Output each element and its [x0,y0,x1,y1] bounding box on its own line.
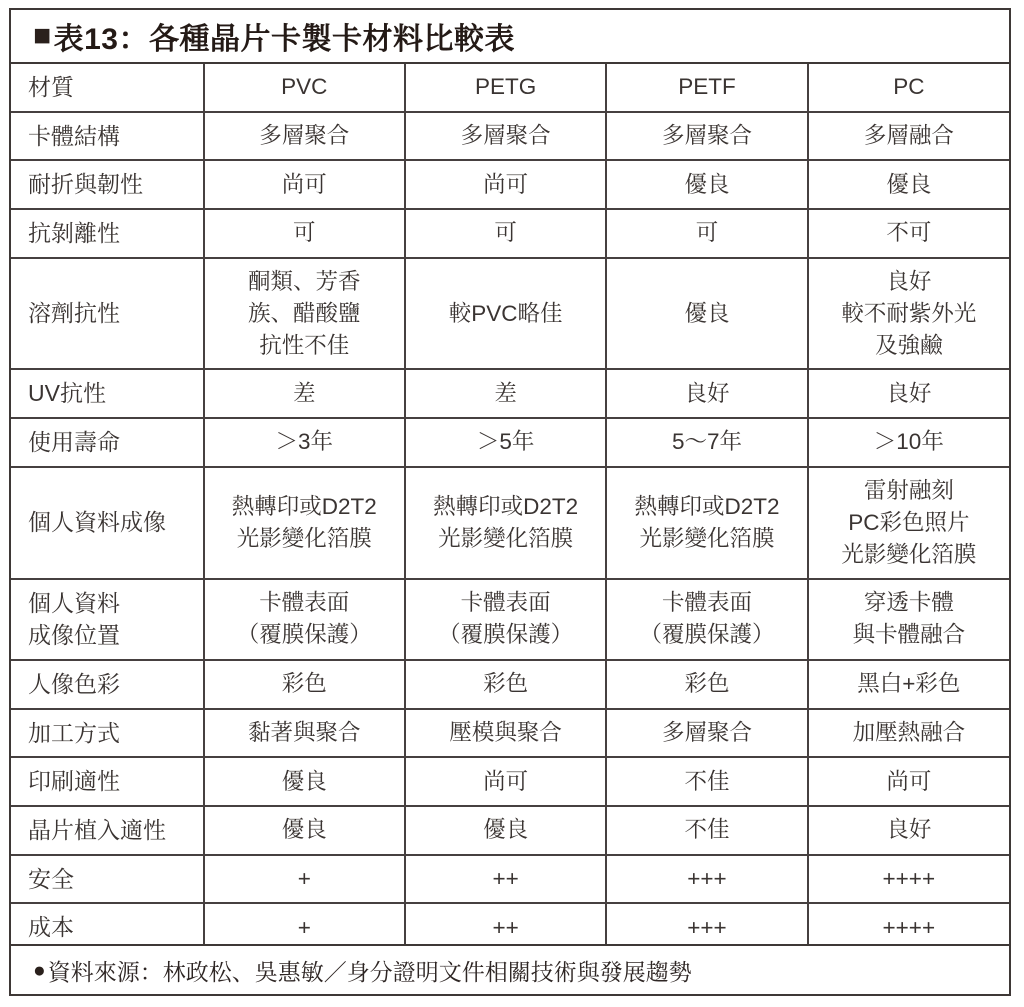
table-cell: 尚可 [204,160,405,209]
source-note: ● 資料來源：林政松、吳惠敏／身分證明文件相關技術與發展趨勢 [11,944,1009,994]
table-cell: 可 [204,209,405,258]
table-row: 溶劑抗性酮類、芳香 族、醋酸鹽 抗性不佳較PVC略佳優良良好 較不耐紫外光 及強… [11,258,1009,370]
row-header-cell: 使用壽命 [11,418,204,467]
table-cell: 卡體表面 （覆膜保護） [204,579,405,660]
table-row: 個人資料成像熱轉印或D2T2 光影變化箔膜熱轉印或D2T2 光影變化箔膜熱轉印或… [11,467,1009,579]
table-row: 加工方式黏著與聚合壓模與聚合多層聚合加壓熱融合 [11,709,1009,758]
table-cell: 差 [204,369,405,418]
table-cell: 彩色 [405,660,606,709]
header-row: 材質 PVC PETG PETF PC [11,64,1009,112]
table-cell: 5～7年 [606,418,807,467]
source-note-text: 資料來源：林政松、吳惠敏／身分證明文件相關技術與發展趨勢 [48,954,692,987]
table-cell: 彩色 [204,660,405,709]
table-title: ■ 表13：各種晶片卡製卡材料比較表 [11,10,1009,64]
row-header-cell: 個人資料 成像位置 [11,579,204,660]
table-body: 材質 PVC PETG PETF PC 卡體結構多層聚合多層聚合多層聚合多層融合… [11,64,1009,944]
table-cell: 不佳 [606,757,807,806]
table-cell: 多層聚合 [606,112,807,161]
table-cell: ++++ [808,855,1009,904]
table-cell: 熱轉印或D2T2 光影變化箔膜 [606,467,807,579]
table-title-text: 表13：各種晶片卡製卡材料比較表 [54,14,515,58]
table-cell: 良好 [808,369,1009,418]
table-cell: + [204,903,405,944]
table-cell: 可 [405,209,606,258]
table-cell: 不佳 [606,806,807,855]
table-cell: 彩色 [606,660,807,709]
table-row: 耐折與韌性尚可尚可優良優良 [11,160,1009,209]
column-header-cell: PETG [405,64,606,112]
row-header-cell: 溶劑抗性 [11,258,204,370]
table-cell: 卡體表面 （覆膜保護） [606,579,807,660]
table-cell: 優良 [606,160,807,209]
table-cell: 卡體表面 （覆膜保護） [405,579,606,660]
table-cell: 良好 較不耐紫外光 及強鹼 [808,258,1009,370]
table-cell: 優良 [204,757,405,806]
table-cell: 多層融合 [808,112,1009,161]
row-header-cell: 抗剝離性 [11,209,204,258]
table-cell: 優良 [606,258,807,370]
table-cell: 良好 [606,369,807,418]
column-header-cell: PVC [204,64,405,112]
table-cell: ++ [405,855,606,904]
table-cell: +++ [606,903,807,944]
table-row: 個人資料 成像位置卡體表面 （覆膜保護）卡體表面 （覆膜保護）卡體表面 （覆膜保… [11,579,1009,660]
table-cell: 雷射融刻 PC彩色照片 光影變化箔膜 [808,467,1009,579]
table-cell: 優良 [405,806,606,855]
row-header-cell: 卡體結構 [11,112,204,161]
table-cell: ++ [405,903,606,944]
table-cell: 優良 [204,806,405,855]
table-row: 人像色彩彩色彩色彩色黑白+彩色 [11,660,1009,709]
table-row: UV抗性差差良好良好 [11,369,1009,418]
table-cell: 加壓熱融合 [808,709,1009,758]
table-cell: 尚可 [405,160,606,209]
table-cell: 不可 [808,209,1009,258]
table-cell: ＞5年 [405,418,606,467]
table-cell: 差 [405,369,606,418]
row-header-cell: 加工方式 [11,709,204,758]
comparison-table: 材質 PVC PETG PETF PC 卡體結構多層聚合多層聚合多層聚合多層融合… [11,64,1009,944]
table-cell: ＞3年 [204,418,405,467]
table-row: 使用壽命＞3年＞5年5～7年＞10年 [11,418,1009,467]
row-header-cell: 成本 [11,903,204,944]
row-header-cell: 個人資料成像 [11,467,204,579]
table-row: 卡體結構多層聚合多層聚合多層聚合多層融合 [11,112,1009,161]
table-cell: ＞10年 [808,418,1009,467]
table-cell: + [204,855,405,904]
column-header-cell: PC [808,64,1009,112]
table-cell: 黑白+彩色 [808,660,1009,709]
table-cell: 優良 [808,160,1009,209]
table-row: 印刷適性優良尚可不佳尚可 [11,757,1009,806]
table-cell: 尚可 [405,757,606,806]
table-cell: 良好 [808,806,1009,855]
table-cell: 多層聚合 [204,112,405,161]
square-bullet-icon: ■ [33,21,52,51]
column-header-cell: PETF [606,64,807,112]
row-header-cell: 材質 [11,64,204,112]
table-cell: 壓模與聚合 [405,709,606,758]
circle-bullet-icon: ● [33,960,46,981]
table-cell: ++++ [808,903,1009,944]
row-header-cell: 安全 [11,855,204,904]
row-header-cell: 耐折與韌性 [11,160,204,209]
table-cell: 尚可 [808,757,1009,806]
table-cell: 較PVC略佳 [405,258,606,370]
row-header-cell: 印刷適性 [11,757,204,806]
table-cell: 多層聚合 [405,112,606,161]
row-header-cell: UV抗性 [11,369,204,418]
table-cell: 穿透卡體 與卡體融合 [808,579,1009,660]
comparison-table-wrap: 材質 PVC PETG PETF PC 卡體結構多層聚合多層聚合多層聚合多層融合… [11,64,1009,944]
table-cell: 可 [606,209,807,258]
table-cell: +++ [606,855,807,904]
row-header-cell: 晶片植入適性 [11,806,204,855]
table-cell: 熱轉印或D2T2 光影變化箔膜 [204,467,405,579]
table-cell: 多層聚合 [606,709,807,758]
table-cell: 熱轉印或D2T2 光影變化箔膜 [405,467,606,579]
table-row: 晶片植入適性優良優良不佳良好 [11,806,1009,855]
table-frame: ■ 表13：各種晶片卡製卡材料比較表 材質 PVC PETG PETF PC 卡… [9,8,1011,996]
row-header-cell: 人像色彩 [11,660,204,709]
table-cell: 黏著與聚合 [204,709,405,758]
table-row: 抗剝離性可可可不可 [11,209,1009,258]
table-row: 安全++++++++++ [11,855,1009,904]
table-row: 成本++++++++++ [11,903,1009,944]
table-cell: 酮類、芳香 族、醋酸鹽 抗性不佳 [204,258,405,370]
